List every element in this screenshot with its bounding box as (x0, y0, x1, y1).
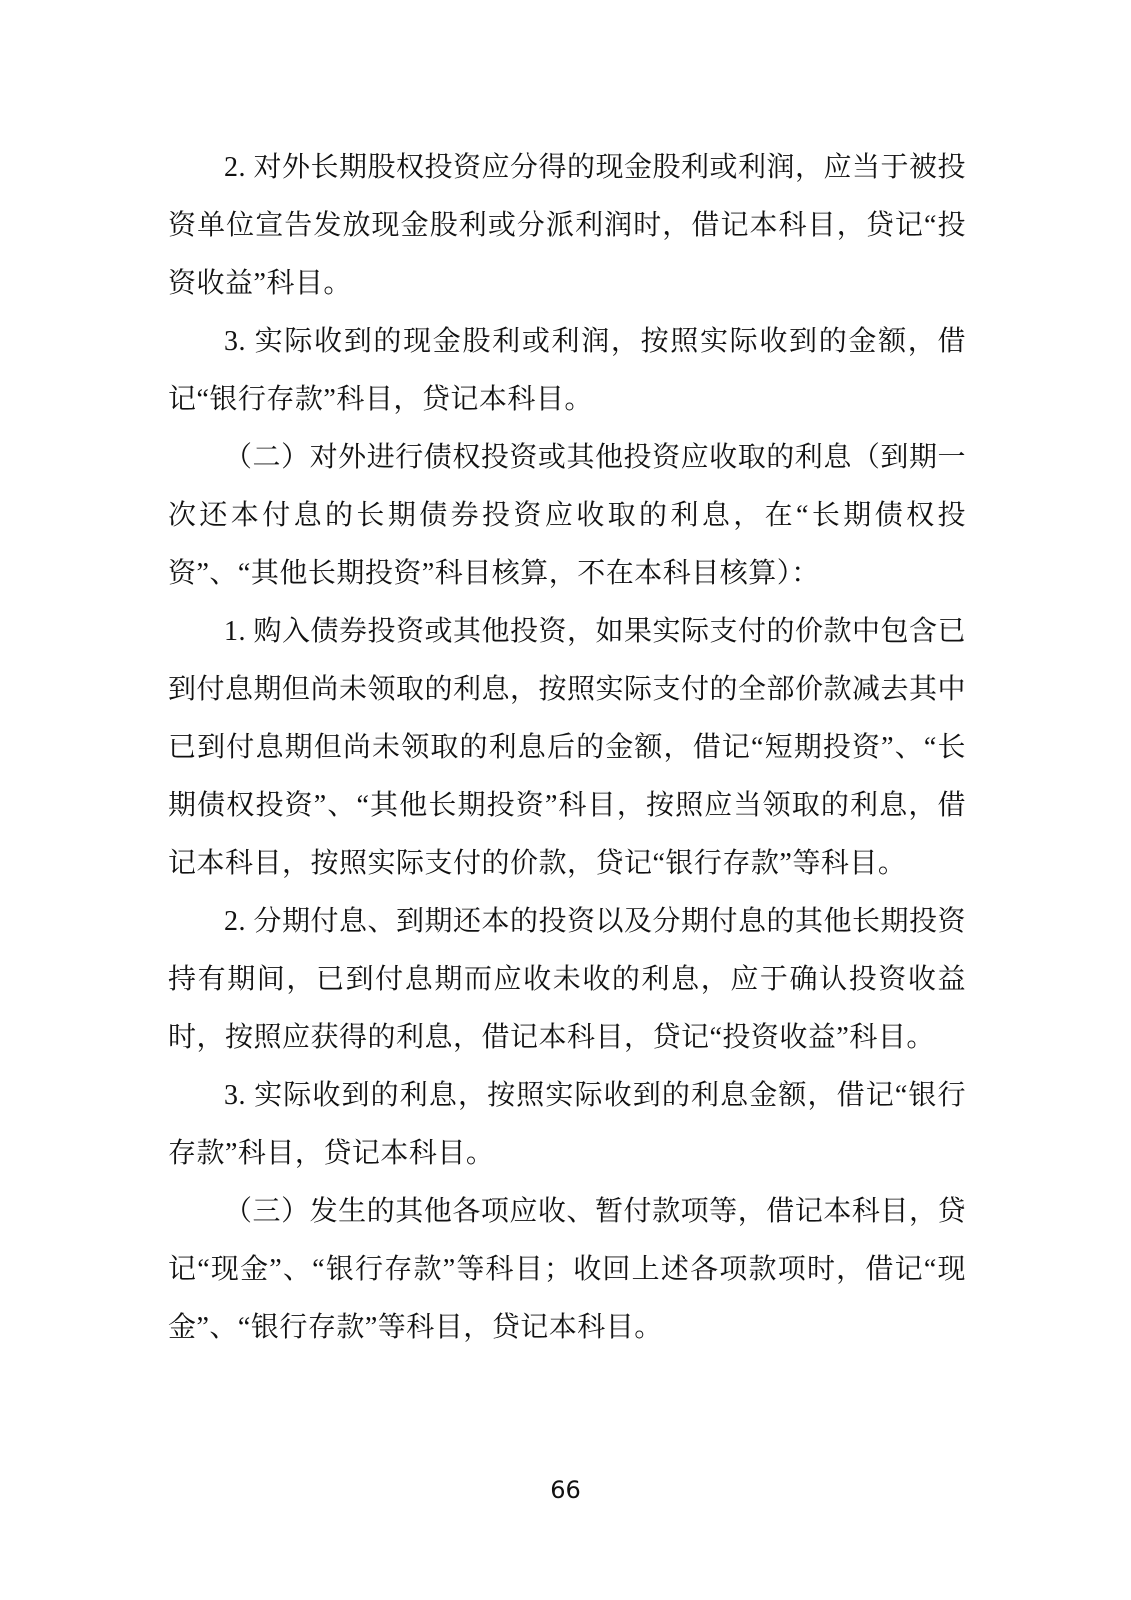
document-body: 2. 对外长期股权投资应分得的现金股利或利润，应当于被投资单位宣告发放现金股利或… (168, 139, 966, 1357)
paragraph-received-interest: 3. 实际收到的利息，按照实际收到的利息金额，借记“银行存款”科目，贷记本科目。 (168, 1067, 966, 1183)
paragraph-section-2-intro: （二）对外进行债权投资或其他投资应收取的利息（到期一次还本付息的长期债券投资应收… (168, 429, 966, 603)
paragraph-cash-dividend: 2. 对外长期股权投资应分得的现金股利或利润，应当于被投资单位宣告发放现金股利或… (168, 139, 966, 313)
page-footer: 66 (0, 1476, 1131, 1504)
page-number: 66 (550, 1476, 581, 1504)
paragraph-installment-interest: 2. 分期付息、到期还本的投资以及分期付息的其他长期投资持有期间，已到付息期而应… (168, 893, 966, 1067)
document-page: 2. 对外长期股权投资应分得的现金股利或利润，应当于被投资单位宣告发放现金股利或… (0, 0, 1131, 1600)
paragraph-section-3-other-receivables: （三）发生的其他各项应收、暂付款项等，借记本科目，贷记“现金”、“银行存款”等科… (168, 1183, 966, 1357)
paragraph-bond-purchase: 1. 购入债券投资或其他投资，如果实际支付的价款中包含已到付息期但尚未领取的利息… (168, 603, 966, 893)
paragraph-received-dividend: 3. 实际收到的现金股利或利润，按照实际收到的金额，借记“银行存款”科目，贷记本… (168, 313, 966, 429)
